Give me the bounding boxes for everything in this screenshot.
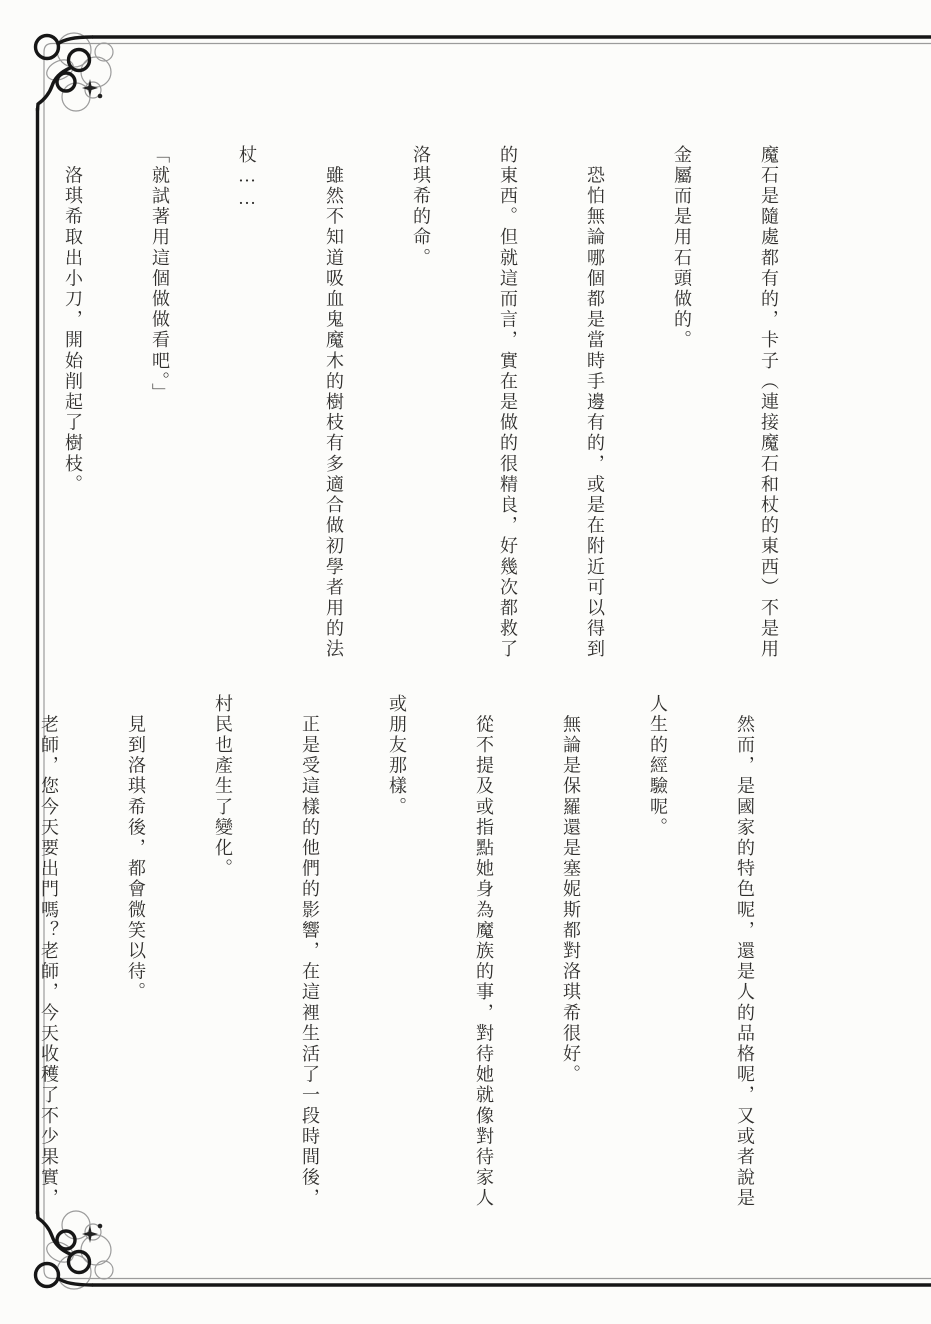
text-column: 老師，您今天要出門嗎？老師，今天收穫了不少果實， <box>34 694 63 1256</box>
text-column: 的東西。但就這而言，實在是做的很精良，好幾次都救了 <box>493 145 522 707</box>
text-column: 恐怕無論哪個都是當時手邊有的，或是在附近可以得到 <box>580 145 609 707</box>
text-block-top: 魔石是隨處都有的，卡子（連接魔石和杖的東西）不是用 金屬而是用石頭做的。 恐怕無… <box>0 145 841 707</box>
text-column: 杖…… <box>232 145 261 707</box>
text-column: 見到洛琪希後，都會微笑以待。 <box>121 694 150 1256</box>
text-column: 正是受這樣的他們的影響，在這裡生活了一段時間後， <box>295 694 324 1256</box>
text-column: 村民也產生了變化。 <box>208 694 237 1256</box>
text-column: 洛琪希的命。 <box>406 145 435 707</box>
text-column: 雖然不知道吸血鬼魔木的樹枝有多適合做初學者用的法 <box>319 145 348 707</box>
book-page: 魔石是隨處都有的，卡子（連接魔石和杖的東西）不是用 金屬而是用石頭做的。 恐怕無… <box>0 0 931 1324</box>
text-column: 人生的經驗呢。 <box>643 694 672 1256</box>
text-column: 從不提及或指點她身為魔族的事，對待她就像對待家人 <box>469 694 498 1256</box>
text-block-bottom: 然而，是國家的特色呢，還是人的品格呢，又或者說是 人生的經驗呢。 無論是保羅還是… <box>0 694 817 1256</box>
text-column: 「就試著用這個做做看吧。」 <box>145 145 174 707</box>
text-column: 魔石是隨處都有的，卡子（連接魔石和杖的東西）不是用 <box>754 145 783 707</box>
text-column: 無論是保羅還是塞妮斯都對洛琪希很好。 <box>556 694 585 1256</box>
text-column: 或朋友那樣。 <box>382 694 411 1256</box>
text-column: 金屬而是用石頭做的。 <box>667 145 696 707</box>
text-column: 洛琪希取出小刀，開始削起了樹枝。 <box>58 145 87 707</box>
text-column: 然而，是國家的特色呢，還是人的品格呢，又或者說是 <box>730 694 759 1256</box>
